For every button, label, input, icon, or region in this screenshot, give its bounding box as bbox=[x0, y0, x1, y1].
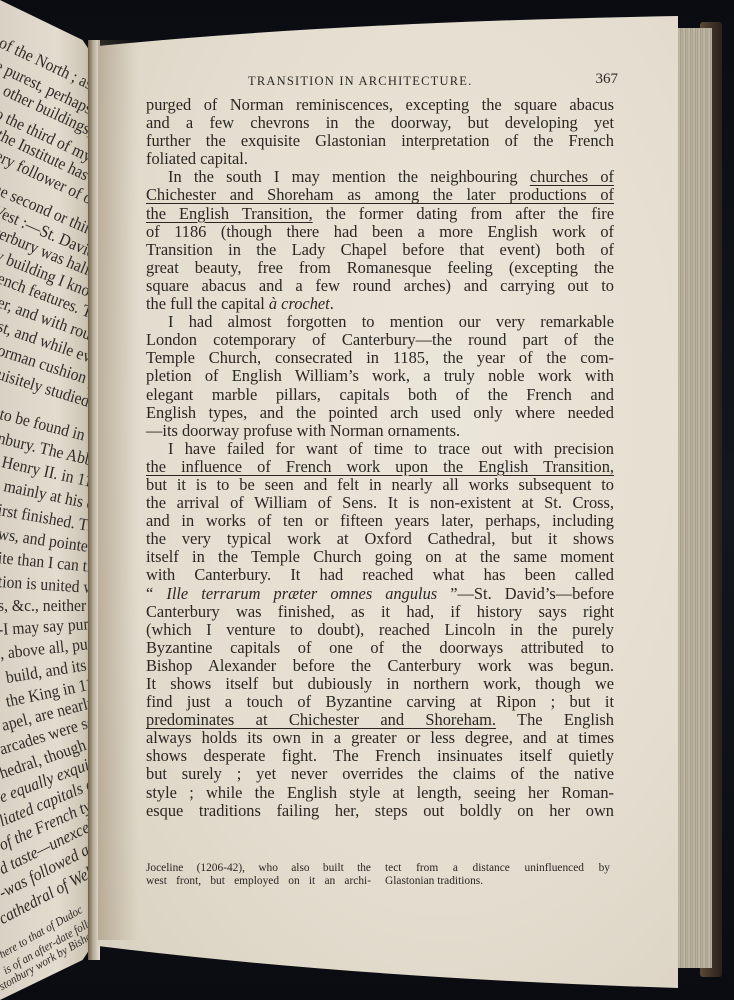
line-text: find just a touch of Byzantine carving a… bbox=[146, 692, 614, 711]
line-text: further the exquisite Glastonian interpr… bbox=[146, 131, 614, 150]
text-line: esque traditions failing her, steps out … bbox=[146, 802, 614, 820]
footnote-line: Glastonian traditions. bbox=[385, 875, 610, 888]
footnote-column-1: Joceline (1206-42), who also built the w… bbox=[146, 862, 371, 887]
text-line: In the south I may mention the neighbour… bbox=[146, 168, 614, 186]
line-text: ”—St. David’s—before bbox=[437, 584, 614, 603]
text-line: Transition in the Lady Chapel before tha… bbox=[146, 241, 614, 259]
facing-page-fragment: of the North ; ase purest, perhaps,other… bbox=[0, 0, 96, 1000]
text-line: further the exquisite Glastonian interpr… bbox=[146, 132, 614, 150]
line-text: great beauty, free from Romanesque feeli… bbox=[146, 258, 614, 277]
line-text: purged of Norman reminiscences, exceptin… bbox=[146, 95, 614, 114]
text-line: I had almost forgotten to mention our ve… bbox=[146, 313, 614, 331]
line-text: Transition in the Lady Chapel before tha… bbox=[146, 240, 614, 259]
line-text: always holds its own in a greater or les… bbox=[146, 728, 614, 747]
text-line: always holds its own in a greater or les… bbox=[146, 729, 614, 747]
text-line: London cotemporary of Canterbury—the rou… bbox=[146, 331, 614, 349]
text-line: (which I venture to doubt), reached Linc… bbox=[146, 621, 614, 639]
running-head-title: TRANSITION IN ARCHITECTURE. bbox=[248, 74, 472, 89]
text-line: purged of Norman reminiscences, exceptin… bbox=[146, 96, 614, 114]
text-line: but surely ; yet never overrides the cla… bbox=[146, 765, 614, 783]
text-line: shows desperate fight. The French insinu… bbox=[146, 747, 614, 765]
line-text: In the south I may mention the neighbour… bbox=[168, 167, 530, 186]
footnote: Joceline (1206-42), who also built the w… bbox=[146, 862, 616, 887]
underlined-passage: Chichester and Shoreham as among the lat… bbox=[146, 185, 614, 204]
footnote-line: tect from a distance uninfluenced by bbox=[385, 862, 610, 875]
line-text: style ; while the English style at lengt… bbox=[146, 783, 614, 802]
text-line: great beauty, free from Romanesque feeli… bbox=[146, 259, 614, 277]
text-line: square abacus and a few round arches) an… bbox=[146, 277, 614, 295]
text-line: the arrival of William of Sens. It is no… bbox=[146, 494, 614, 512]
page-number: 367 bbox=[596, 71, 619, 88]
line-text: I have failed for want of time to trace … bbox=[168, 439, 614, 458]
text-line: Temple Church, consecrated in 1185, the … bbox=[146, 349, 614, 367]
page-edges bbox=[676, 28, 712, 968]
text-line: find just a touch of Byzantine carving a… bbox=[146, 693, 614, 711]
line-text: the full the capital bbox=[146, 294, 269, 313]
line-text: It shows itself but dubiously in norther… bbox=[146, 674, 614, 693]
footnote-column-2: tect from a distance uninfluenced by Gla… bbox=[385, 862, 610, 887]
line-text: Temple Church, consecrated in 1185, the … bbox=[146, 348, 614, 367]
text-line: of 1186 (though there had been a more En… bbox=[146, 223, 614, 241]
text-line: English types, and the pointed arch used… bbox=[146, 404, 614, 422]
line-text: the arrival of William of Sens. It is no… bbox=[146, 493, 614, 512]
page-body: purged of Norman reminiscences, exceptin… bbox=[146, 96, 614, 820]
text-line: the full the capital à crochet. bbox=[146, 295, 614, 313]
text-line: and in works of ten or fifteen years lat… bbox=[146, 512, 614, 530]
text-line: Byzantine capitals of one of the doorway… bbox=[146, 639, 614, 657]
line-text: Canterbury was finished, as it had, if h… bbox=[146, 602, 614, 621]
text-line: predominates at Chichester and Shoreham.… bbox=[146, 711, 614, 729]
footnote-line: Joceline (1206-42), who also built the bbox=[146, 862, 371, 875]
line-text: foliated capital. bbox=[146, 149, 248, 168]
line-text: “ bbox=[146, 584, 166, 603]
line-text: shows desperate fight. The French insinu… bbox=[146, 746, 614, 765]
text-line: “ Ille terrarum præter omnes angulus ”—S… bbox=[146, 585, 614, 603]
underlined-passage: predominates at Chichester and Shoreham. bbox=[146, 710, 496, 729]
text-line: the very typical work at Oxford Cathedra… bbox=[146, 530, 614, 548]
text-line: foliated capital. bbox=[146, 150, 614, 168]
line-text: elegant marble pillars, capitals both of… bbox=[146, 385, 614, 404]
text-line: elegant marble pillars, capitals both of… bbox=[146, 386, 614, 404]
text-line: with Canterbury. It had reached what has… bbox=[146, 566, 614, 584]
facing-page-line: s, &c., neither Nor- bbox=[0, 596, 96, 616]
text-line: itself in the Temple Church going on at … bbox=[146, 548, 614, 566]
underlined-passage: the influence of French work upon the En… bbox=[146, 457, 614, 476]
line-text: with Canterbury. It had reached what has… bbox=[146, 565, 614, 584]
line-text: The English bbox=[496, 710, 614, 729]
italic-phrase: à crochet bbox=[269, 294, 330, 313]
text-line: and a few chevrons in the doorway, but d… bbox=[146, 114, 614, 132]
line-text: the very typical work at Oxford Cathedra… bbox=[146, 529, 614, 548]
line-text: itself in the Temple Church going on at … bbox=[146, 547, 614, 566]
line-text: (which I venture to doubt), reached Linc… bbox=[146, 620, 614, 639]
line-text: but it is to be seen and felt in nearly … bbox=[146, 475, 614, 494]
text-line: —its doorway profuse with Norman ornamen… bbox=[146, 422, 614, 440]
underlined-passage: churches of bbox=[530, 167, 614, 186]
line-text: —its doorway profuse with Norman ornamen… bbox=[146, 421, 460, 440]
text-line: Canterbury was finished, as it had, if h… bbox=[146, 603, 614, 621]
text-line: Bishop Alexander before the Canterbury w… bbox=[146, 657, 614, 675]
text-line: the influence of French work upon the En… bbox=[146, 458, 614, 476]
line-text: I had almost forgotten to mention our ve… bbox=[168, 312, 614, 331]
line-text: Bishop Alexander before the Canterbury w… bbox=[146, 656, 614, 675]
line-text: Byzantine capitals of one of the doorway… bbox=[146, 638, 614, 657]
line-text: and a few chevrons in the doorway, but d… bbox=[146, 113, 614, 132]
line-text: of 1186 (though there had been a more En… bbox=[146, 222, 614, 241]
line-text: . bbox=[330, 294, 334, 313]
text-line: the English Transition, the former datin… bbox=[146, 205, 614, 223]
text-line: I have failed for want of time to trace … bbox=[146, 440, 614, 458]
text-line: but it is to be seen and felt in nearly … bbox=[146, 476, 614, 494]
line-text: London cotemporary of Canterbury—the rou… bbox=[146, 330, 614, 349]
line-text: the former dating from after the fire bbox=[313, 204, 614, 223]
footnote-line: west front, but employed on it an archi- bbox=[146, 875, 371, 888]
italic-phrase: Ille terrarum præter omnes angulus bbox=[166, 584, 437, 603]
line-text: pletion of English William’s work, a tru… bbox=[146, 366, 614, 385]
line-text: square abacus and a few round arches) an… bbox=[146, 276, 614, 295]
underlined-passage: the English Transition, bbox=[146, 204, 313, 223]
line-text: but surely ; yet never overrides the cla… bbox=[146, 764, 614, 783]
text-line: It shows itself but dubiously in norther… bbox=[146, 675, 614, 693]
text-line: style ; while the English style at lengt… bbox=[146, 784, 614, 802]
line-text: and in works of ten or fifteen years lat… bbox=[146, 511, 614, 530]
text-line: Chichester and Shoreham as among the lat… bbox=[146, 186, 614, 204]
text-line: pletion of English William’s work, a tru… bbox=[146, 367, 614, 385]
line-text: esque traditions failing her, steps out … bbox=[146, 801, 614, 820]
line-text: English types, and the pointed arch used… bbox=[146, 403, 614, 422]
